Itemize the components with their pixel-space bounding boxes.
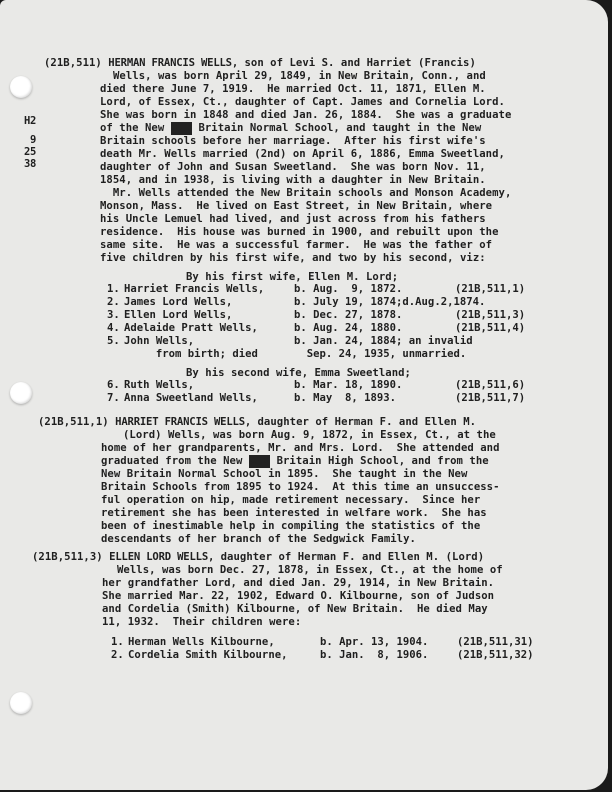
child-ref: (21B,511,4) — [455, 322, 525, 335]
text-line: of the New XXX Britain Normal School, an… — [100, 122, 481, 135]
binder-hole-top — [10, 76, 32, 98]
child-number: 6. — [107, 379, 120, 392]
text-segment: graduated from the New — [101, 455, 249, 467]
child-number: 1. — [111, 636, 124, 649]
child-birth: b. Aug. 9, 1872. — [294, 283, 402, 296]
binder-hole-bottom — [10, 692, 32, 714]
text-line: same site. He was a successful farmer. H… — [100, 239, 492, 252]
entry-ref: (21B,511) — [44, 57, 102, 69]
child-number: 2. — [111, 649, 124, 662]
text-line: home of her grandparents, Mr. and Mrs. L… — [101, 442, 500, 455]
text-line: residence. His house was burned in 1900,… — [100, 226, 499, 239]
text-line: Monson, Mass. He lived on East Street, i… — [100, 200, 492, 213]
text-line: 1854, and in 1938, is living with a daug… — [100, 174, 486, 187]
entry-heading: (21B,511) HERMAN FRANCIS WELLS, son of L… — [44, 57, 476, 70]
text-line: New Britain Normal School in 1895. She t… — [101, 468, 467, 481]
entry-name: ELLEN LORD WELLS, — [109, 551, 214, 563]
child-name: John Wells, — [124, 335, 194, 348]
text-line: daughter of Herman F. and Ellen M. (Lord… — [214, 551, 484, 563]
text-line: Britain Schools from 1895 to 1924. At th… — [101, 481, 500, 494]
text-line: ful operation on hip, made retirement ne… — [101, 494, 480, 507]
text-line: Lord, of Essex, Ct., daughter of Capt. J… — [100, 96, 505, 109]
child-ref: (21B,511,6) — [455, 379, 525, 392]
entry-heading: (21B,511,3) ELLEN LORD WELLS, daughter o… — [32, 551, 484, 564]
child-name: Ellen Lord Wells, — [124, 309, 232, 322]
text-line: (Lord) Wells, was born Aug. 9, 1872, in … — [123, 429, 496, 442]
child-ref: (21B,511,1) — [455, 283, 525, 296]
child-ref: (21B,511,32) — [457, 649, 534, 662]
child-birth: b. Jan. 8, 1906. — [320, 649, 428, 662]
margin-note: 25 — [8, 146, 36, 158]
struck-out-text: XXX — [171, 122, 192, 135]
text-line: She married Mar. 22, 1902, Edward O. Kil… — [102, 590, 494, 603]
child-birth: b. Jan. 24, 1884; an invalid — [294, 335, 473, 348]
text-segment: Britain Normal School, and taught in the… — [192, 122, 481, 134]
entry-heading: (21B,511,1) HARRIET FRANCIS WELLS, daugh… — [38, 416, 476, 429]
child-name: Herman Wells Kilbourne, — [128, 636, 275, 649]
text-line: her grandfather Lord, and died Jan. 29, … — [102, 577, 494, 590]
text-line: She was born in 1848 and died Jan. 26, 1… — [100, 109, 511, 122]
child-birth: b. Apr. 13, 1904. — [320, 636, 428, 649]
margin-note: H2 — [8, 115, 36, 127]
child-ref: (21B,511,7) — [455, 392, 525, 405]
text-line: died there June 7, 1919. He married Oct.… — [100, 83, 486, 96]
entry-name: HARRIET FRANCIS WELLS, — [115, 416, 251, 428]
child-birth: b. Mar. 18, 1890. — [294, 379, 402, 392]
child-birth: b. Dec. 27, 1878. — [294, 309, 402, 322]
text-line: descendants of her branch of the Sedgwic… — [101, 533, 416, 546]
child-number: 1. — [107, 283, 120, 296]
child-birth-continued: Sep. 24, 1935, unmarried. — [294, 348, 466, 361]
child-number: 2. — [107, 296, 120, 309]
document-page: H2 9 25 38 (21B,511) HERMAN FRANCIS WELL… — [0, 0, 608, 790]
text-line: daughter of John and Susan Sweetland. Sh… — [100, 161, 486, 174]
entry-name: HERMAN FRANCIS WELLS, — [108, 57, 238, 69]
child-name: James Lord Wells, — [124, 296, 232, 309]
text-line: retirement she has been interested in we… — [101, 507, 487, 520]
child-number: 5. — [107, 335, 120, 348]
child-birth: b. Aug. 24, 1880. — [294, 322, 402, 335]
margin-note: 9 — [8, 134, 36, 146]
text-line: Wells, was born April 29, 1849, in New B… — [113, 70, 486, 83]
child-name: Harriet Francis Wells, — [124, 283, 264, 296]
child-name: Adelaide Pratt Wells, — [124, 322, 258, 335]
child-number: 3. — [107, 309, 120, 322]
child-name: Anna Sweetland Wells, — [124, 392, 258, 405]
text-line: Wells, was born Dec. 27, 1878, in Essex,… — [117, 564, 503, 577]
child-number: 7. — [107, 392, 120, 405]
child-number: 4. — [107, 322, 120, 335]
child-name-continued: from birth; died — [124, 348, 258, 361]
child-birth: b. July 19, 1874;d.Aug.2,1874. — [294, 296, 485, 309]
text-line: graduated from the New XXX Britain High … — [101, 455, 489, 468]
entry-ref: (21B,511,1) — [38, 416, 109, 428]
binder-hole-middle — [10, 382, 32, 404]
text-line: five children by his first wife, and two… — [100, 252, 486, 265]
text-segment: Britain High School, and from the — [270, 455, 489, 467]
child-ref: (21B,511,3) — [455, 309, 525, 322]
text-line: Britain schools before her marriage. Aft… — [100, 135, 486, 148]
text-line: death Mr. Wells married (2nd) on April 6… — [100, 148, 505, 161]
text-line: Mr. Wells attended the New Britain schoo… — [100, 187, 511, 200]
text-segment: of the New — [100, 122, 171, 134]
text-line: son of Levi S. and Harriet (Francis) — [238, 57, 476, 69]
child-name: Ruth Wells, — [124, 379, 194, 392]
child-name: Cordelia Smith Kilbourne, — [128, 649, 287, 662]
text-line: and Cordelia (Smith) Kilbourne, of New B… — [102, 603, 488, 616]
text-line: 11, 1932. Their children were: — [102, 616, 301, 629]
child-birth: b. May 8, 1893. — [294, 392, 396, 405]
struck-out-text: XXX — [249, 455, 270, 468]
text-line: been of inestimable help in compiling th… — [101, 520, 480, 533]
margin-note: 38 — [8, 158, 36, 170]
child-ref: (21B,511,31) — [457, 636, 534, 649]
text-line: his Uncle Lemuel had lived, and just acr… — [100, 213, 486, 226]
text-line: daughter of Herman F. and Ellen M. — [251, 416, 476, 428]
entry-ref: (21B,511,3) — [32, 551, 103, 563]
